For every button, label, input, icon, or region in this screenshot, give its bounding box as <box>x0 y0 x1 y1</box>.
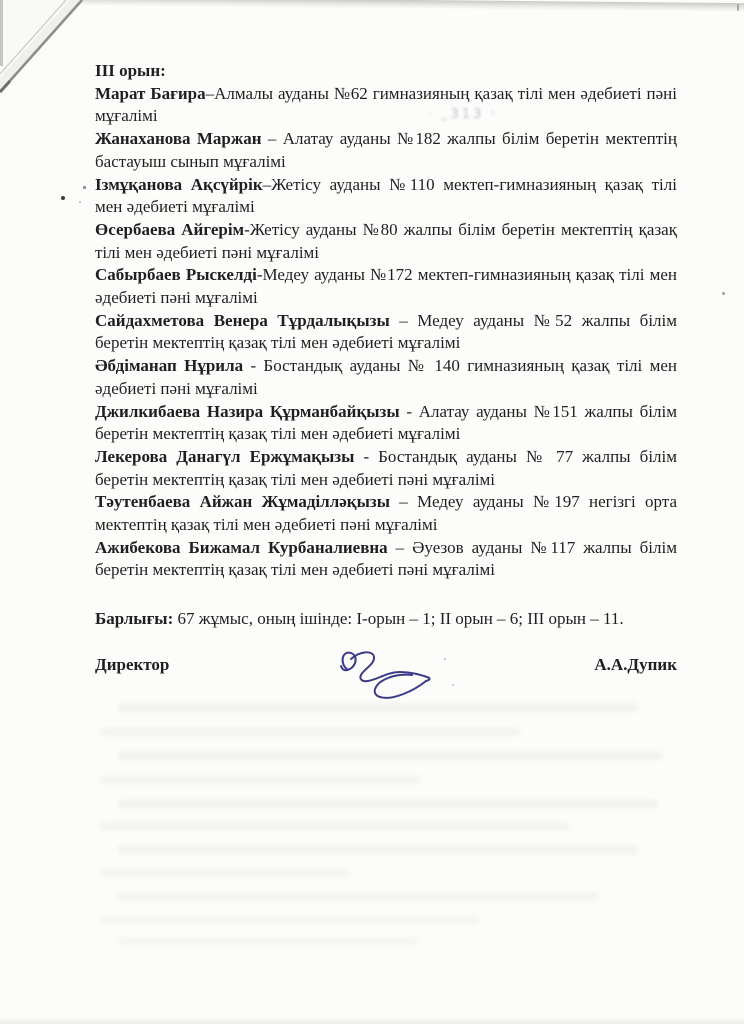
entry-paragraph: Лекерова Данагүл Ержұмақызы - Бостандық … <box>95 446 677 491</box>
ink-speck <box>722 292 725 295</box>
bleed-through-line <box>100 727 520 736</box>
entry-paragraph: Сайдахметова Венера Тұрдалықызы – Медеу … <box>95 310 677 355</box>
entry-name: Ізмұқанова Ақсүйрік <box>95 175 263 194</box>
bleed-through-line <box>100 775 420 784</box>
bleed-through-line <box>118 799 658 808</box>
footer: Директор А.А.Дупик <box>95 655 677 675</box>
summary-line: Барлығы: 67 жұмыс, оның ішінде: І-орын –… <box>95 608 695 631</box>
bleed-through-line <box>118 751 663 760</box>
document-body: ІІІ орын: Марат Бағира–Алмалы ауданы №62… <box>95 60 677 582</box>
entry-name: Өсербаева Айгерім <box>95 220 244 239</box>
scan-bottom-edge-shadow <box>0 1017 744 1024</box>
bleed-through-line <box>100 868 350 877</box>
summary-label: Барлығы: <box>95 609 173 628</box>
entry-paragraph: Ажибекова Бижамал Курбаналиевна – Әуезов… <box>95 537 677 582</box>
bleed-through-line <box>118 892 598 901</box>
entry-name: Әбдіманап Нұрила <box>95 356 243 375</box>
summary-text: 67 жұмыс, оның ішінде: І-орын – 1; ІІ ор… <box>173 609 623 628</box>
entry-name: Лекерова Данагүл Ержұмақызы <box>95 447 354 466</box>
entry-paragraph: Әбдіманап Нұрила - Бостандық ауданы № 14… <box>95 355 677 400</box>
entry-paragraph: Тәутенбаева Айжан Жұмаділләқызы – Медеу … <box>95 491 677 536</box>
entry-paragraph: Ізмұқанова Ақсүйрік–Жетісу ауданы №110 м… <box>95 174 677 219</box>
entry-paragraph: Өсербаева Айгерім-Жетісу ауданы №80 жалп… <box>95 219 677 264</box>
section-heading: ІІІ орын: <box>95 60 677 83</box>
entry-name: Сайдахметова Венера Тұрдалықызы <box>95 311 390 330</box>
bleed-through-line <box>100 915 480 924</box>
ink-speck <box>83 186 86 189</box>
entry-name: Джилкибаева Назира Құрманбайқызы <box>95 402 400 421</box>
entry-name: Тәутенбаева Айжан Жұмаділләқызы <box>95 492 390 511</box>
entry-name: Жанаханова Маржан <box>95 129 262 148</box>
entry-name: Ажибекова Бижамал Курбаналиевна <box>95 538 388 557</box>
bleed-through-line <box>118 845 638 854</box>
entry-name: Сабырбаев Рыскелді <box>95 265 257 284</box>
bleed-through-line <box>118 937 418 946</box>
entry-paragraph: Сабырбаев Рыскелді-Медеу ауданы №172 мек… <box>95 264 677 309</box>
ink-speck <box>737 4 739 11</box>
bleed-through-line <box>100 822 570 831</box>
signer-name: А.А.Дупик <box>594 655 677 675</box>
ink-speck <box>79 201 81 203</box>
ink-speck <box>61 196 65 200</box>
entry-paragraph: Жанаханова Маржан – Алатау ауданы №182 ж… <box>95 128 677 173</box>
entry-paragraph: Джилкибаева Назира Құрманбайқызы - Алата… <box>95 401 677 446</box>
scanned-document-page: · ˾313 ˒ ͺ ͺ ІІІ орын: Марат Бағира–Алма… <box>0 0 744 1024</box>
director-label: Директор <box>95 655 169 675</box>
entry-paragraph: Марат Бағира–Алмалы ауданы №62 гимназиян… <box>95 83 677 128</box>
entry-name: Марат Бағира <box>95 84 206 103</box>
